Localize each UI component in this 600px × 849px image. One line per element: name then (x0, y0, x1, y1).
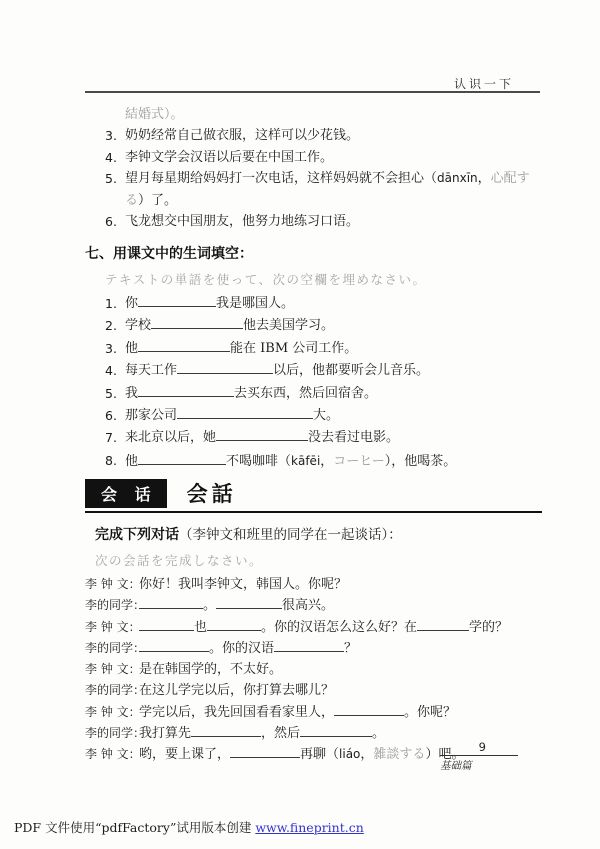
text-run: 也 (194, 620, 207, 635)
fill-in-blank-line (274, 640, 344, 652)
exercise-item: 5.我去买东西，然后回宿舍。 (85, 383, 542, 405)
dialog-line: 李 钟 文：也。你的汉语怎么这么好？在学的？ (85, 617, 542, 638)
item-text: 你我是哪国人。 (125, 293, 542, 315)
text-run: 来北京以后，她 (125, 430, 216, 445)
item-number: 6. (105, 405, 125, 427)
fill-in-blank-line (138, 295, 216, 307)
textbook-page: 认识一下 結婚式）。 3.奶奶经常自己做衣服，这样可以少花钱。4.李钟文学会汉语… (0, 0, 600, 849)
dialog-speaker: 李 钟 文： (85, 744, 139, 765)
series-label: 基础篇 (440, 756, 518, 773)
fill-in-blank-line (138, 340, 230, 352)
item-text: 每天工作以后，他都要听会儿音乐。 (125, 360, 542, 382)
fill-in-blank-line (230, 746, 300, 758)
item-text: 奶奶经常自己做衣服，这样可以少花钱。 (125, 125, 542, 147)
item-number: 2. (105, 315, 125, 337)
text-run: 。你呢？ (404, 705, 456, 720)
item-text: 李钟文学会汉语以后要在中国工作。 (125, 147, 542, 169)
fill-in-blank-line (216, 597, 282, 609)
exercise-blanks-section: 七、用课文中的生词填空： テキストの単語を使って、次の空欄を埋めなさい。 1.你… (85, 243, 542, 473)
section-band-box: 会 话 (85, 479, 167, 508)
text-run: 学完以后，我先回国看看家里人， (139, 705, 334, 720)
item-text: 他不喝咖啡（kāfēi，コーヒー），他喝茶。 (125, 450, 542, 473)
header-rule (85, 91, 540, 93)
dialog-speaker: 李的同学： (85, 680, 139, 701)
fill-in-blank-line (139, 619, 194, 631)
text-run: 。 (203, 598, 216, 613)
fill-in-blank-line (216, 429, 308, 441)
dialog-speaker: 李的同学： (85, 595, 139, 616)
item-text: 望月每星期给妈妈打一次电话，这样妈妈就不会担心（dānxīn，心配する）了。 (125, 168, 542, 211)
dialog-text: 在这儿学完以后，你打算去哪儿？ (139, 680, 542, 701)
text-run: 大。 (313, 408, 339, 423)
item-text: 他能在 IBM 公司工作。 (125, 338, 542, 360)
fill-in-blank-line (334, 704, 404, 716)
fill-in-blank-line (151, 317, 243, 329)
exercise-item: 8.他不喝咖啡（kāfēi，コーヒー），他喝茶。 (85, 450, 542, 473)
text-run: 以后，他都要听会儿音乐。 (273, 363, 429, 378)
japanese-gloss: コーヒー (333, 454, 384, 469)
dialog-speaker: 李 钟 文： (85, 617, 139, 638)
item-number: 6. (105, 211, 125, 233)
running-head: 认识一下 (85, 75, 540, 92)
text-run: 学的？ (469, 620, 508, 635)
dialog-line: 李的同学：在这儿学完以后，你打算去哪儿？ (85, 680, 542, 701)
pdf-notice-text: PDF 文件使用“pdfFactory”试用版本创建 (14, 820, 255, 835)
pinyin-text: dānxīn (437, 171, 478, 185)
pdf-trial-notice: PDF 文件使用“pdfFactory”试用版本创建 www.fineprint… (14, 818, 364, 836)
item-number: 5. (105, 168, 125, 211)
dialog-text: 。你的汉语？ (139, 638, 542, 659)
item-text: 我去买东西，然后回宿舍。 (125, 383, 542, 405)
text-run: ）了。 (138, 193, 177, 208)
item-number: 8. (105, 450, 125, 473)
text-run: 望月每星期给妈妈打一次电话，这样妈妈就不会担心（ (125, 171, 437, 186)
fill-in-blank-line (417, 619, 469, 631)
dialog-text: 。很高兴。 (139, 595, 542, 616)
text-run: 。你的汉语 (209, 641, 274, 656)
item-number: 1. (105, 293, 125, 315)
dialog-speaker: 李的同学： (85, 638, 139, 659)
dialog-speaker: 李 钟 文： (85, 659, 139, 680)
text-run: 去买东西，然后回宿舍。 (234, 386, 377, 401)
dialog-text: 你好！我叫李钟文，韩国人。你呢？ (139, 574, 542, 595)
dialog-line: 李 钟 文：你好！我叫李钟文，韩国人。你呢？ (85, 574, 542, 595)
text-run: 他 (125, 341, 138, 356)
exercise-seven-title: 七、用课文中的生词填空： (85, 243, 542, 263)
text-run: 是在韩国学的，不太好。 (139, 662, 282, 677)
text-run: 奶奶经常自己做衣服，这样可以少花钱。 (125, 128, 359, 143)
text-run: 那家公司 (125, 408, 177, 423)
exercise-item: 1.你我是哪国人。 (85, 293, 542, 315)
japanese-gloss: 雑談する (373, 747, 425, 762)
pinyin-text: liáo (339, 747, 360, 761)
dialog-line: 李 钟 文：学完以后，我先回国看看家里人，。你呢？ (85, 702, 542, 723)
dialog-line-list: 李 钟 文：你好！我叫李钟文，韩国人。你呢？李的同学：。很高兴。李 钟 文：也。… (85, 574, 542, 766)
text-run: 他去美国学习。 (243, 318, 334, 333)
item-text: 那家公司大。 (125, 405, 542, 427)
item-number: 4. (105, 360, 125, 382)
fill-in-blank-line (139, 597, 203, 609)
text-run: 哟，要上课了， (139, 747, 230, 762)
dialog-text: 也。你的汉语怎么这么好？在学的？ (139, 617, 542, 638)
exercise-item: 4.李钟文学会汉语以后要在中国工作。 (85, 147, 542, 169)
dialog-instruction: 完成下列对话（李钟文和班里的同学在一起谈话）： (95, 523, 542, 544)
text-run: 他 (125, 454, 138, 469)
text-run: 每天工作 (125, 363, 177, 378)
text-run: 我打算先 (139, 726, 191, 741)
text-run: 飞龙想交中国朋友，他努力地练习口语。 (125, 214, 359, 229)
blank-item-list: 1.你我是哪国人。2.学校他去美国学习。3.他能在 IBM 公司工作。4.每天工… (85, 293, 542, 473)
sentence-item-list: 3.奶奶经常自己做衣服，这样可以少花钱。4.李钟文学会汉语以后要在中国工作。5.… (85, 125, 542, 233)
text-run: 你 (125, 296, 138, 311)
item-number: 3. (105, 338, 125, 360)
text-run: ， (320, 454, 333, 469)
exercise-item: 3.奶奶经常自己做衣服，这样可以少花钱。 (85, 125, 542, 147)
dialog-section: 会 话 会話 完成下列对话（李钟文和班里的同学在一起谈话）： 次の会話を完成しな… (85, 478, 542, 766)
exercise-item: 2.学校他去美国学习。 (85, 315, 542, 337)
dialog-japanese-instruction: 次の会話を完成しなさい。 (85, 551, 542, 569)
fill-in-blank-line (177, 362, 273, 374)
text-run: 李钟文学会汉语以后要在中国工作。 (125, 150, 333, 165)
text-run: ， (478, 171, 491, 186)
text-run: 很高兴。 (282, 598, 334, 613)
item-text: 学校他去美国学习。 (125, 315, 542, 337)
exercise-item: 3.他能在 IBM 公司工作。 (85, 338, 542, 360)
fill-in-blank-line (138, 453, 226, 465)
item-number: 7. (105, 427, 125, 449)
dialog-speaker: 李的同学： (85, 723, 139, 744)
text-run: ），他喝茶。 (385, 454, 457, 469)
text-run: ？ (344, 641, 357, 656)
exercise-item: 6.飞龙想交中国朋友，他努力地练习口语。 (85, 211, 542, 233)
item-number: 5. (105, 383, 125, 405)
item-text: 飞龙想交中国朋友，他努力地练习口语。 (125, 211, 542, 233)
text-run: ，然后 (261, 726, 300, 741)
exercise-item: 7.来北京以后，她没去看过电影。 (85, 427, 542, 449)
text-run: ， (360, 747, 373, 762)
dialog-instruction-bold: 完成下列对话 (95, 527, 179, 543)
dialog-speaker: 李 钟 文： (85, 702, 139, 723)
dialog-text: 学完以后，我先回国看看家里人，。你呢？ (139, 702, 542, 723)
fill-in-blank-line (300, 725, 372, 737)
text-run: 在这儿学完以后，你打算去哪儿？ (139, 683, 334, 698)
page-number: 9 (440, 740, 518, 756)
text-run: 没去看过电影。 (308, 430, 399, 445)
exercise-item: 4.每天工作以后，他都要听会儿音乐。 (85, 360, 542, 382)
section-band: 会 话 会話 (85, 478, 542, 513)
item-number: 3. (105, 125, 125, 147)
dialog-text: 是在韩国学的，不太好。 (139, 659, 542, 680)
fill-in-blank-line (177, 407, 313, 419)
fineprint-link[interactable]: www.fineprint.cn (255, 820, 363, 835)
dialog-line: 李的同学：。你的汉语？ (85, 638, 542, 659)
item-text: 来北京以后，她没去看过电影。 (125, 427, 542, 449)
text-run: 不喝咖啡（ (226, 454, 291, 469)
text-run: 我是哪国人。 (216, 296, 294, 311)
text-run: 再聊（ (300, 747, 339, 762)
fill-in-blank-line (138, 385, 234, 397)
item-number: 4. (105, 147, 125, 169)
fill-in-blank-line (191, 725, 261, 737)
fill-in-blank-line (139, 640, 209, 652)
exercise-sentences-section: 結婚式）。 3.奶奶经常自己做衣服，这样可以少花钱。4.李钟文学会汉语以后要在中… (85, 104, 542, 233)
text-run: 。 (372, 726, 385, 741)
carryover-annotation: 結婚式）。 (85, 104, 542, 125)
dialog-line: 李 钟 文：是在韩国学的，不太好。 (85, 659, 542, 680)
fill-in-blank-line (207, 619, 261, 631)
text-run: 能在 IBM 公司工作。 (230, 341, 357, 356)
text-run: 。你的汉语怎么这么好？在 (261, 620, 417, 635)
page-footer: 9 基础篇 (440, 740, 518, 773)
dialog-line: 李的同学：。很高兴。 (85, 595, 542, 616)
text-run: 学校 (125, 318, 151, 333)
exercise-seven-japanese-instruction: テキストの単語を使って、次の空欄を埋めなさい。 (85, 270, 542, 288)
exercise-item: 6.那家公司大。 (85, 405, 542, 427)
text-run: 你好！我叫李钟文，韩国人。你呢？ (139, 577, 347, 592)
dialog-speaker: 李 钟 文： (85, 574, 139, 595)
dialog-instruction-rest: （李钟文和班里的同学在一起谈话）： (179, 527, 402, 543)
section-band-title: 会話 (187, 478, 237, 508)
exercise-item: 5.望月每星期给妈妈打一次电话，这样妈妈就不会担心（dānxīn，心配する）了。 (85, 168, 542, 211)
pinyin-text: kāfēi (291, 454, 320, 468)
text-run: 我 (125, 386, 138, 401)
